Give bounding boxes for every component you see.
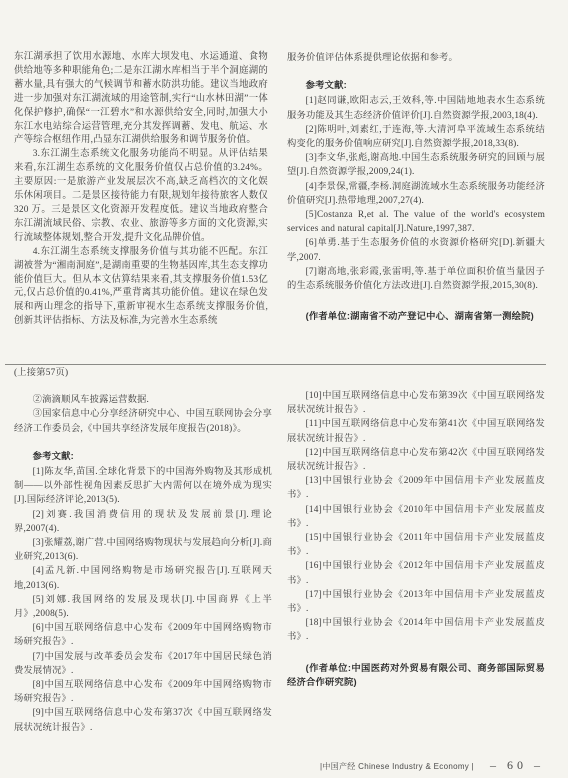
reference-item: [4]孟凡新.中国网络购物是市场研究报告[J].互联网天地,2013(6). <box>14 564 272 592</box>
reference-item: [5]Costanza R,et al. The value of the wo… <box>287 208 545 236</box>
article1-left-column: 东江湖承担了饮用水源地、水库大坝发电、水运通道、食物供给地等多种职能角色;二是东… <box>14 51 268 329</box>
reference-item: [10]中国互联网络信息中心发布第39次《中国互联网络发展状况统计报告》. <box>287 389 545 417</box>
reference-item: [9]中国互联网络信息中心发布第37次《中国互联网络发展状况统计报告》. <box>14 706 272 734</box>
paragraph-continuation: 服务价值评估体系提供理论依据和参考。 <box>287 51 545 65</box>
reference-item: [6]中国互联网络信息中心发布《2009年中国网络购物市场研究报告》. <box>14 621 272 649</box>
reference-item: [2]刘赛.我国消费信用的现状及发展前景[J].理论界,2007(4). <box>14 508 272 536</box>
reference-item: [4]李景保,常疆,李杨.洞庭湖流域水生态系统服务功能经济价值研究[J].热带地… <box>287 180 545 208</box>
paragraph: 东江湖承担了饮用水源地、水库大坝发电、水运通道、食物供给地等多种职能角色;二是东… <box>14 51 268 148</box>
reference-item: [6]单勇.基于生态服务价值的水资源价格研究[D].新疆大学,2007. <box>287 236 545 264</box>
paragraph: 4.东江湖生态系统支撑服务价值与其功能不匹配。东江湖被誉为“湘南洞庭”,是湖南重… <box>14 246 268 329</box>
reference-item: [17]中国银行业协会《2013年中国信用卡产业发展蓝皮书》. <box>287 588 545 616</box>
continued-from-note: (上接第57页) <box>14 366 272 380</box>
section-divider-line <box>5 364 546 365</box>
article2-left-column: (上接第57页) ②滴滴顺风车披露运营数据. ③国家信息中心分享经济研究中心、中… <box>14 366 272 735</box>
paragraph: 3.东江湖生态系统文化服务功能尚不明显。从评估结果来看,东江湖生态系统的文化服务… <box>14 148 268 245</box>
reference-item: [7]谢高地,张彩霞,张雷明,等.基于单位面积价值当量因子的生态系统服务价值化方… <box>287 265 545 293</box>
reference-item: [1]陈友华,苗国.全球化背景下的中国海外购物及其形成机制——以外部性视角因素反… <box>14 465 272 508</box>
references-heading: 参考文献: <box>14 449 272 463</box>
reference-item: [7]中国发展与改革委员会发布《2017年中国居民绿色消费发展情况》. <box>14 650 272 678</box>
reference-item: [5]刘娜.我国网络的发展及现状[J].中国商界《上半月》,2008(5). <box>14 593 272 621</box>
journal-title: |中国产经 Chinese Industry & Economy | <box>320 761 474 772</box>
reference-item: [16]中国银行业协会《2012年中国信用卡产业发展蓝皮书》. <box>287 559 545 587</box>
author-affiliation-note: (作者单位:湖南省不动产登记中心、湖南省第一测绘院) <box>287 309 545 323</box>
reference-item: [3]张耀荔,谢广营.中国网络购物现状与发展趋向分析[J].商业研究,2013(… <box>14 536 272 564</box>
reference-item: [18]中国银行业协会《2014年中国信用卡产业发展蓝皮书》. <box>287 616 545 644</box>
reference-item: [13]中国银行业协会《2009年中国信用卡产业发展蓝皮书》. <box>287 474 545 502</box>
footnote-item: ②滴滴顺风车披露运营数据. <box>14 393 272 407</box>
reference-item: [11]中国互联网络信息中心发布第41次《中国互联网络发展状况统计报告》. <box>287 417 545 445</box>
reference-item: [3]李文华,张彪,谢高地.中国生态系统服务研究的回顾与展望[J].自然资源学报… <box>287 151 545 179</box>
reference-item: [14]中国银行业协会《2010年中国信用卡产业发展蓝皮书》. <box>287 503 545 531</box>
page-number: – 60 – <box>490 758 544 773</box>
article2-right-column: [10]中国互联网络信息中心发布第39次《中国互联网络发展状况统计报告》. [1… <box>287 389 545 689</box>
footnote-item: ③国家信息中心分享经济研究中心、中国互联网协会分享经济工作委员会,《中国共享经济… <box>14 407 272 435</box>
reference-item: [2]陈明叶,刘素红,于连海,等.大清河阜平流域生态系统结构变化的服务价值响应研… <box>287 123 545 151</box>
page-footer: |中国产经 Chinese Industry & Economy | – 60 … <box>320 758 544 773</box>
references-heading: 参考文献: <box>287 78 545 92</box>
article1-right-column: 服务价值评估体系提供理论依据和参考。 参考文献: [1]赵同谦,欧阳志云,王效科… <box>287 51 545 323</box>
author-affiliation-note: (作者单位:中国医药对外贸易有限公司、商务部国际贸易经济合作研究院) <box>287 661 545 689</box>
reference-item: [1]赵同谦,欧阳志云,王效科,等.中国陆地地表水生态系统服务功能及其生态经济价… <box>287 94 545 122</box>
reference-item: [8]中国互联网络信息中心发布《2009年中国网络购物市场研究报告》. <box>14 678 272 706</box>
reference-item: [15]中国银行业协会《2011年中国信用卡产业发展蓝皮书》. <box>287 531 545 559</box>
journal-page: 东江湖承担了饮用水源地、水库大坝发电、水运通道、食物供给地等多种职能角色;二是东… <box>0 0 568 778</box>
reference-item: [12]中国互联网络信息中心发布第42次《中国互联网络发展状况统计报告》. <box>287 446 545 474</box>
